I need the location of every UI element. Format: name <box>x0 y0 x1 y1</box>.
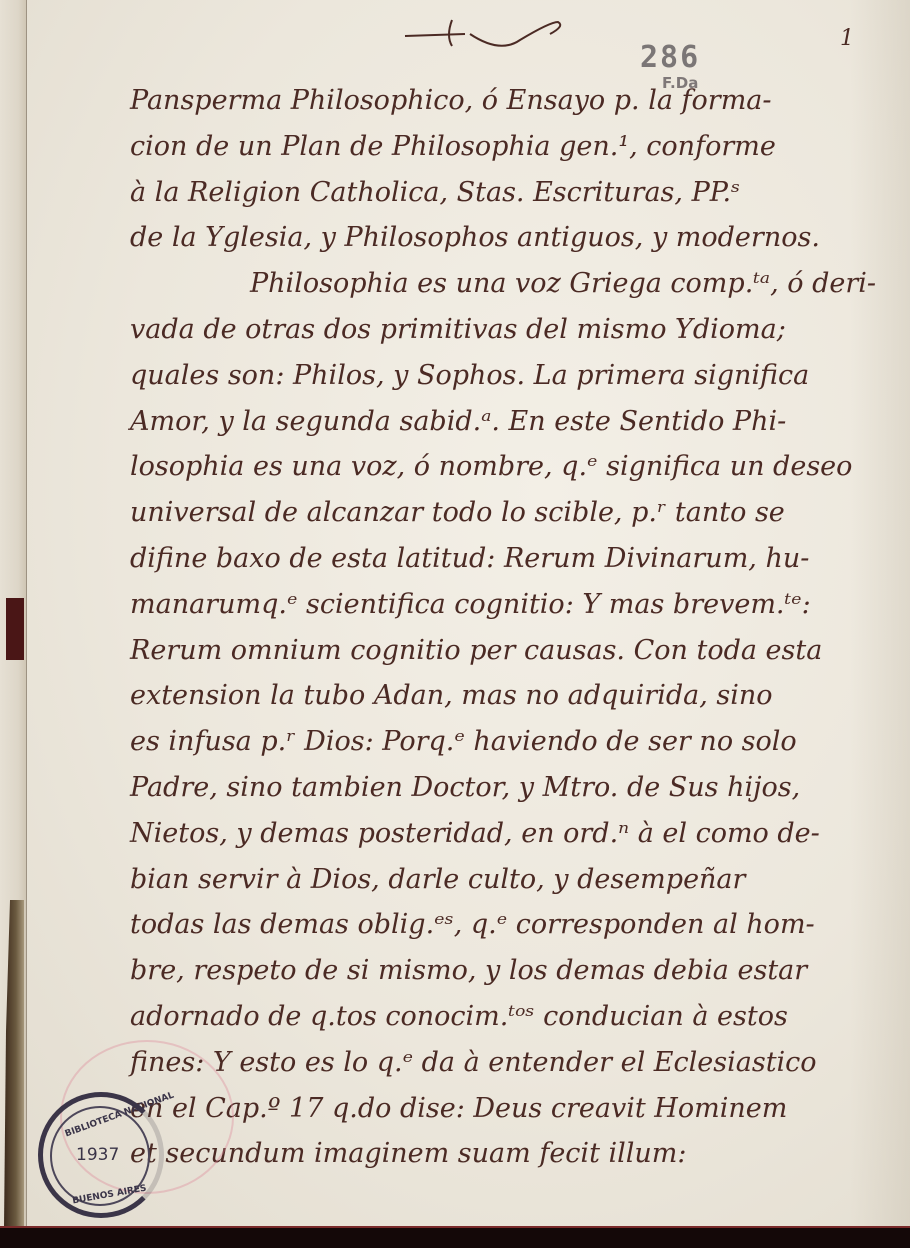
text-line: extension la tubo Adan, mas no adquirida… <box>130 673 870 719</box>
text-line: difine baxo de esta latitud: Rerum Divin… <box>130 536 870 582</box>
text-line: manarumq.ᵉ scientifica cognitio: Y mas b… <box>130 582 870 628</box>
text-line: quales son: Philos, y Sophos. La primera… <box>130 353 870 399</box>
manuscript-text: Pansperma Philosophico, ó Ensayo p. la f… <box>130 78 870 1177</box>
text-line: universal de alcanzar todo lo scible, p.… <box>130 490 870 536</box>
cross-flourish-icon <box>400 14 570 54</box>
text-line: Padre, sino tambien Doctor, y Mtro. de S… <box>130 765 870 811</box>
text-line: todas las demas oblig.ᵉˢ, q.ᵉ correspond… <box>130 902 870 948</box>
text-line: bre, respeto de si mismo, y los demas de… <box>130 948 870 994</box>
text-line: Philosophia es una voz Griega comp.ᵗᵃ, ó… <box>130 261 870 307</box>
text-line: es infusa p.ʳ Dios: Porq.ᵉ haviendo de s… <box>130 719 870 765</box>
page-bottom-edge <box>0 1226 910 1248</box>
text-line: Amor, y la segunda sabid.ᵃ. En este Sent… <box>130 399 870 445</box>
title-line: cion de un Plan de Philosophia gen.¹, co… <box>130 124 870 170</box>
text-line: vada de otras dos primitivas del mismo Y… <box>130 307 870 353</box>
catalog-number-stamp: 286 <box>640 40 700 75</box>
text-line: adornado de q.tos conocim.ᵗᵒˢ conducian … <box>130 994 870 1040</box>
binding-tab <box>6 598 24 660</box>
text-line: et secundum imaginem suam fecit illum: <box>130 1131 870 1177</box>
title-line: à la Religion Catholica, Stas. Escritura… <box>130 170 870 216</box>
text-line: Rerum omnium cognitio per causas. Con to… <box>130 628 870 674</box>
text-line: losophia es una voz, ó nombre, q.ᵉ signi… <box>130 444 870 490</box>
manuscript-page: 1 286 F.Da Pansperma Philosophico, ó Ens… <box>0 0 910 1228</box>
text-line: fines: Y esto es lo q.ᵉ da à entender el… <box>130 1040 870 1086</box>
library-stamp-year: 1937 <box>76 1145 119 1165</box>
text-line: bian servir à Dios, darle culto, y desem… <box>130 857 870 903</box>
title-line: Pansperma Philosophico, ó Ensayo p. la f… <box>130 78 870 124</box>
text-line: en el Cap.º 17 q.do dise: Deus creavit H… <box>130 1086 870 1132</box>
title-line: de la Yglesia, y Philosophos antiguos, y… <box>130 215 870 261</box>
folio-number: 1 <box>840 26 854 51</box>
text-line: Nietos, y demas posteridad, en ord.ⁿ à e… <box>130 811 870 857</box>
